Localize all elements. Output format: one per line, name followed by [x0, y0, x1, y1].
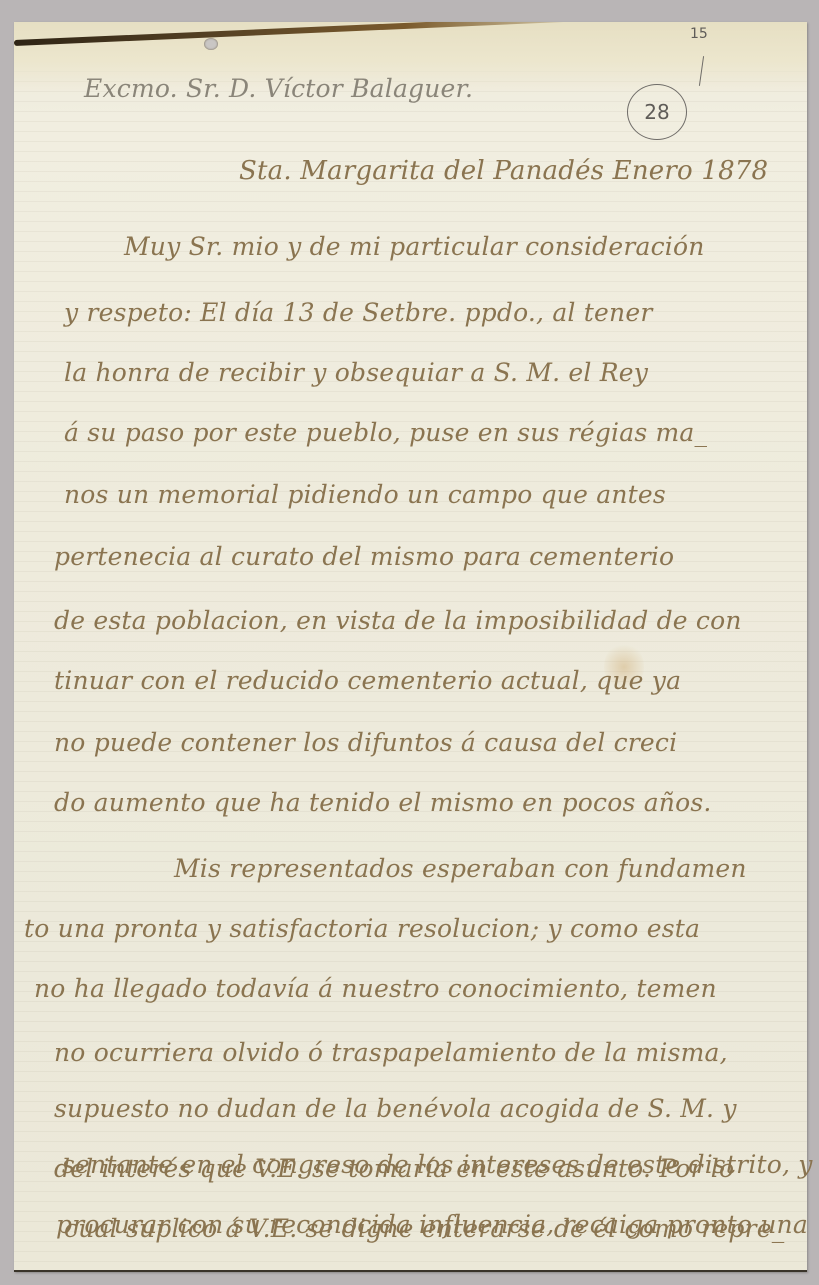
- archive-number-text: 28: [644, 100, 669, 124]
- body-line-19: procurar con su reconocida influencia, r…: [56, 1210, 808, 1239]
- body-line-1: Muy Sr. mio y de mi particular considera…: [124, 232, 705, 261]
- body-line-2: y respeto: El día 13 de Setbre. ppdo., a…: [64, 298, 652, 327]
- body-line-11: Mis representados esperaban con fundamen: [174, 854, 747, 883]
- body-line-15: supuesto no dudan de la benévola acogida…: [54, 1094, 737, 1123]
- body-line-12: to una pronta y satisfactoria resolucion…: [24, 914, 700, 943]
- body-line-7: de esta poblacion, en vista de la imposi…: [54, 606, 742, 635]
- punch-hole: [204, 38, 218, 50]
- folio-number: 15: [690, 26, 708, 42]
- body-line-5: nos un memorial pidiendo un campo que an…: [64, 480, 666, 509]
- circled-archive-number: 28: [627, 84, 687, 140]
- letter-page: 15 28 Excmo. Sr. D. Víctor Balaguer. Sta…: [14, 22, 807, 1272]
- body-line-13: no ha llegado todavía á nuestro conocimi…: [34, 974, 717, 1003]
- addressee-heading: Excmo. Sr. D. Víctor Balaguer.: [84, 74, 473, 103]
- body-line-4: á su paso por este pueblo, puse en sus r…: [64, 418, 707, 447]
- body-line-14: no ocurriera olvido ó traspapelamiento d…: [54, 1038, 728, 1067]
- body-line-8: tinuar con el reducido cementerio actual…: [54, 666, 681, 695]
- body-line-6: pertenecia al curato del mismo para ceme…: [54, 542, 674, 571]
- body-line-10: do aumento que ha tenido el mismo en poc…: [54, 788, 712, 817]
- place-and-date: Sta. Margarita del Panadés Enero 1878: [239, 156, 768, 186]
- body-line-3: la honra de recibir y obsequiar a S. M. …: [64, 358, 648, 387]
- body-line-18: sentante en el congreso de los intereses…: [62, 1150, 813, 1179]
- body-line-9: no puede contener los difuntos á causa d…: [54, 728, 677, 757]
